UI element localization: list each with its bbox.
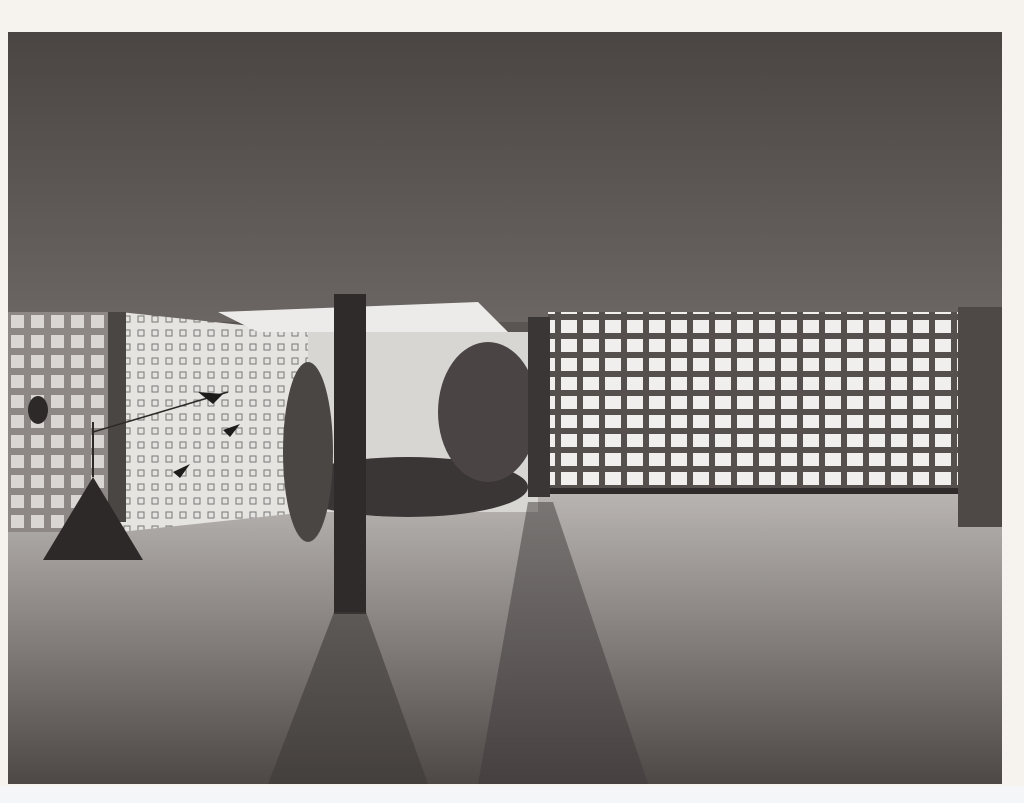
column-right <box>528 317 550 497</box>
ceiling <box>8 32 1002 322</box>
column-left <box>108 312 126 522</box>
middle-screen-wall <box>120 312 308 532</box>
column-far-right <box>958 307 1002 527</box>
paper-margin <box>0 786 1024 803</box>
column-center <box>334 294 366 614</box>
drawing <box>8 32 1002 784</box>
palm-plant <box>438 342 538 482</box>
mobile-disc <box>28 396 48 424</box>
tall-hedge <box>283 362 333 542</box>
right-wall-base <box>548 488 978 494</box>
drawing-canvas <box>8 32 1002 784</box>
right-screen-wall <box>548 312 978 492</box>
